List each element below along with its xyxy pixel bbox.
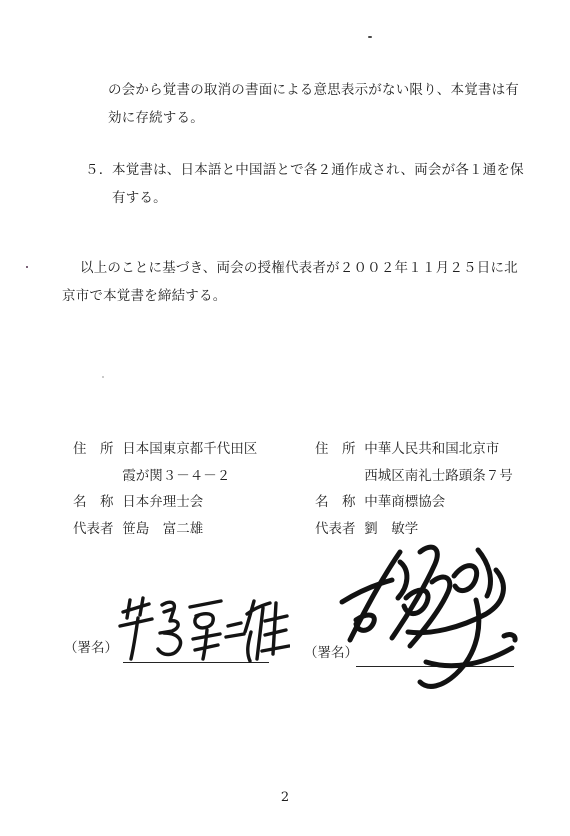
name-label: 名 称 — [73, 489, 118, 516]
paragraph-line: 有する。 — [112, 185, 518, 213]
clause-number: ５． — [85, 157, 112, 185]
closing-paragraph: 以上のことに基づき、両会の授権代表者が２００２年１１月２５日に北 京市で本覚書を… — [62, 255, 514, 310]
address-value: 日本国東京都千代田区 — [122, 436, 257, 463]
representative-value: 劉 敏学 — [364, 516, 418, 543]
representative-label: 代表者 — [315, 516, 360, 543]
address-value-2: 西城区南礼士路頭条７号 — [364, 463, 513, 490]
page-number: 2 — [0, 784, 570, 812]
paragraph-line: 効に存続する。 — [108, 105, 518, 133]
paragraph-line: 以上のことに基づき、両会の授権代表者が２００２年１１月２５日に北 — [62, 255, 514, 283]
representative-row: 代表者 笹島 富二雄 — [73, 516, 257, 543]
scanned-document-page: の会から覚書の取消の書面による意思表示がない限り、本覚書は有 効に存続する。 ５… — [0, 0, 570, 836]
clause4-continuation-paragraph: の会から覚書の取消の書面による意思表示がない限り、本覚書は有 効に存続する。 — [108, 77, 518, 132]
name-value: 日本弁理士会 — [122, 489, 203, 516]
address-row-2: 西城区南礼士路頭条７号 — [315, 463, 513, 490]
signature-label-left: （署名） — [64, 635, 118, 663]
address-value: 中華人民共和国北京市 — [364, 436, 499, 463]
scan-speck — [102, 376, 104, 378]
scan-speck — [368, 36, 372, 38]
name-value: 中華商標協会 — [364, 489, 445, 516]
representative-row: 代表者 劉 敏学 — [315, 516, 513, 543]
name-label: 名 称 — [315, 489, 360, 516]
address-row-2: 霞が関３－４－２ — [73, 463, 257, 490]
name-row: 名 称 中華商標協会 — [315, 489, 513, 516]
name-row: 名 称 日本弁理士会 — [73, 489, 257, 516]
signature-label-right: （署名） — [304, 640, 358, 668]
address-row: 住 所 中華人民共和国北京市 — [315, 436, 513, 463]
signature-line-right — [356, 666, 514, 667]
representative-label: 代表者 — [73, 516, 118, 543]
party-block-china: 住 所 中華人民共和国北京市 西城区南礼士路頭条７号 名 称 中華商標協会 代表… — [315, 436, 513, 542]
address-label: 住 所 — [73, 436, 118, 463]
clause5-paragraph: ５． 本覚書は、日本語と中国語とで各２通作成され、両会が各１通を保 有する。 — [85, 157, 518, 212]
handwritten-signature-liu-minxue — [334, 540, 520, 698]
address-label: 住 所 — [315, 436, 360, 463]
clause-text: 本覚書は、日本語と中国語とで各２通作成され、両会が各１通を保 有する。 — [112, 157, 518, 212]
representative-value: 笹島 富二雄 — [122, 516, 203, 543]
paragraph-line: 本覚書は、日本語と中国語とで各２通作成され、両会が各１通を保 — [112, 157, 518, 185]
address-row: 住 所 日本国東京都千代田区 — [73, 436, 257, 463]
paragraph-line: の会から覚書の取消の書面による意思表示がない限り、本覚書は有 — [108, 77, 518, 105]
paragraph-line: 京市で本覚書を締結する。 — [62, 283, 514, 311]
party-block-japan: 住 所 日本国東京都千代田区 霞が関３－４－２ 名 称 日本弁理士会 代表者 笹… — [73, 436, 257, 542]
address-value-2: 霞が関３－４－２ — [122, 463, 230, 490]
scan-speck — [26, 266, 28, 268]
handwritten-signature-sasajima-tomio — [118, 596, 290, 666]
signature-line-left — [123, 662, 269, 663]
